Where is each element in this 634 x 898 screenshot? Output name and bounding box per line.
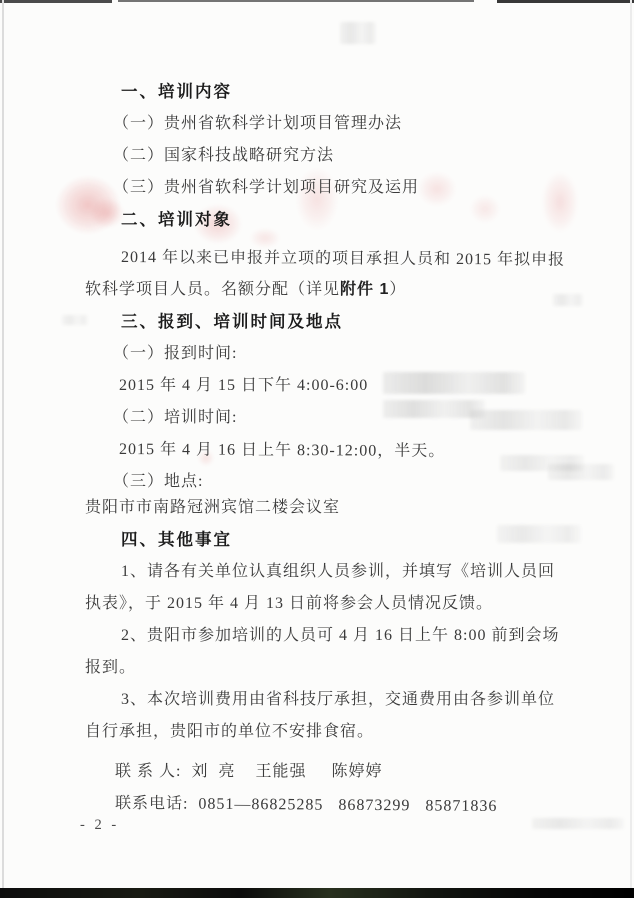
attachment-reference: 附件 1	[340, 281, 389, 298]
scan-edge-top	[0, 0, 112, 3]
scanned-document-page: 一、培训内容 （一）贵州省软科学计划项目管理办法 （二）国家科技战略研究方法 （…	[0, 0, 634, 898]
body-line: 执表》，于 2015 年 4 月 13 日前将参会人员情况反馈。	[85, 588, 597, 620]
page-number: - 2 -	[80, 817, 119, 834]
body-line: 3、本次培训费用由省科技厅承担，交通费用由各参训单位	[121, 684, 597, 716]
body-line: 贵阳市市南路冠洲宾馆二楼会议室	[85, 492, 597, 524]
list-item: （二）培训时间:	[113, 402, 597, 434]
document-body: 一、培训内容 （一）贵州省软科学计划项目管理办法 （二）国家科技战略研究方法 （…	[85, 76, 597, 820]
body-line: 2015 年 4 月 15 日下午 4:00-6:00	[119, 370, 597, 402]
list-item: （三）贵州省软科学计划项目研究及运用	[113, 172, 597, 204]
heading-other-matters: 四、其他事宜	[121, 524, 597, 556]
heading-training-content: 一、培训内容	[121, 76, 597, 108]
contact-persons-line: 联 系 人: 刘 亮 王能强 陈婷婷	[115, 756, 597, 788]
scan-edge-top	[118, 0, 474, 2]
body-line: 2、贵阳市参加培训的人员可 4 月 16 日上午 8:00 前到会场	[121, 620, 597, 652]
body-text: 软科学项目人员。名额分配（详见	[85, 281, 340, 298]
body-line: 1、请各有关单位认真组织人员参训，并填写《培训人员回	[121, 556, 597, 588]
body-text: ）	[389, 281, 406, 298]
body-line: 2014 年以来已申报并立项的项目承担人员和 2015 年拟申报	[121, 242, 597, 277]
body-line: 报到。	[85, 652, 597, 684]
contact-phone-line: 联系电话: 0851—86825285 86873299 85871836	[115, 788, 597, 824]
list-item: （二）国家科技战略研究方法	[113, 140, 597, 172]
heading-time-and-place: 三、报到、培训时间及地点	[121, 306, 597, 338]
body-line: 自行承担，贵阳市的单位不安排食宿。	[85, 716, 597, 748]
body-line: 2015 年 4 月 16 日上午 8:30-12:00，半天。	[119, 434, 597, 469]
scan-edge-left	[2, 0, 4, 898]
ink-bleed-smudge	[340, 22, 376, 44]
list-item: （一）报到时间:	[113, 338, 597, 370]
heading-training-audience: 二、培训对象	[121, 204, 597, 236]
scan-edge-right	[630, 0, 632, 898]
scan-edge-top	[497, 0, 634, 3]
body-line: 软科学项目人员。名额分配（详见附件 1）	[85, 274, 597, 306]
scan-edge-bottom	[0, 888, 634, 898]
list-item: （一）贵州省软科学计划项目管理办法	[113, 108, 597, 140]
